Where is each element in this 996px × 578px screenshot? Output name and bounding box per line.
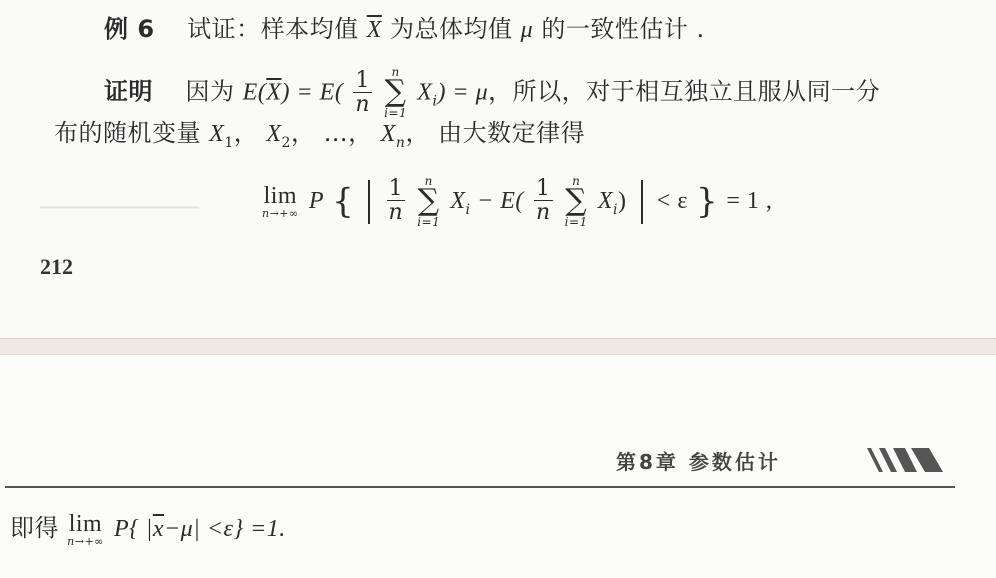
fraction: 1 n bbox=[534, 178, 553, 225]
continuation-text-after: 由大数定律得 bbox=[438, 119, 585, 147]
display-formula: lim n→+∞ P { 1 n n ∑ i=1 Xi − E( 1 n n ∑… bbox=[262, 168, 772, 232]
continuation-line: 布的随机变量 X1， X2， …， Xn， 由大数定律得 bbox=[54, 118, 585, 158]
conclusion-expr-rest: −μ| <ε} =1. bbox=[164, 516, 286, 542]
example-statement: 例 6 试证：样本均值 X 为总体均值 μ 的一致性估计 . bbox=[104, 14, 705, 45]
right-brace: } bbox=[696, 182, 718, 222]
proof-lead: 因为 bbox=[186, 78, 235, 106]
running-header: 第8章 参数估计 bbox=[616, 446, 781, 475]
conclusion-lead: 即得 bbox=[10, 514, 59, 542]
example-text-before: 试证：样本均值 bbox=[187, 15, 359, 43]
conclusion-line: 即得 lim n→+∞ P{ |x−μ| <ε} =1. bbox=[10, 510, 286, 554]
limit-operator: lim n→+∞ bbox=[67, 512, 104, 548]
page-number: 212 bbox=[40, 254, 73, 280]
proof-expr-left: E( bbox=[243, 80, 267, 106]
proof-xbar: X bbox=[266, 80, 281, 106]
var-x1: X bbox=[209, 121, 224, 147]
var-xn: X bbox=[381, 121, 396, 147]
proof-expr-close: ) = E( bbox=[281, 80, 343, 106]
abs-bar-left bbox=[368, 180, 370, 224]
summation: n ∑ i=1 bbox=[417, 175, 440, 229]
limit-operator: lim n→+∞ bbox=[262, 184, 299, 220]
left-brace: { bbox=[332, 182, 354, 222]
proof-text-after: ，所以，对于相互独立且服从同一分 bbox=[488, 78, 880, 106]
conclusion-xbar: x bbox=[153, 516, 164, 542]
symbol-mu: μ bbox=[521, 17, 534, 43]
page-separator bbox=[0, 338, 996, 355]
proof-line: 证明 因为 E(X) = E( 1 n n ∑ i=1 Xi) = μ，所以，对… bbox=[104, 66, 880, 114]
proof-label: 证明 bbox=[104, 78, 153, 106]
top-page: ──────────── 例 6 试证：样本均值 X 为总体均值 μ 的一致性估… bbox=[0, 0, 996, 338]
decorative-stripes-icon bbox=[867, 446, 967, 474]
fraction: 1 n bbox=[387, 178, 406, 225]
var-x2: X bbox=[266, 121, 281, 147]
example-text-after: 的一致性估计 . bbox=[541, 15, 704, 43]
prob-P: P bbox=[309, 188, 324, 214]
less-than-epsilon: < ε bbox=[657, 188, 688, 214]
sum-var: X bbox=[417, 80, 432, 106]
example-label: 例 6 bbox=[104, 15, 155, 43]
fraction: 1 n bbox=[353, 70, 372, 117]
summation: n ∑ i=1 bbox=[565, 175, 588, 229]
ellipsis: … bbox=[324, 119, 349, 147]
minus-expectation: − E( bbox=[471, 188, 524, 214]
conclusion-expr: P{ | bbox=[114, 516, 153, 542]
example-text-middle: 为总体均值 bbox=[390, 15, 513, 43]
header-rule bbox=[5, 486, 955, 488]
continuation-text-before: 布的随机变量 bbox=[54, 119, 201, 147]
proof-expr-end: ) = μ bbox=[437, 80, 488, 106]
summation: n ∑ i=1 bbox=[384, 66, 407, 120]
symbol-xbar: X bbox=[367, 17, 382, 43]
bleed-through-text: ──────────── bbox=[40, 196, 199, 221]
abs-bar-right bbox=[641, 180, 643, 224]
equals-one: = 1 , bbox=[726, 188, 772, 214]
